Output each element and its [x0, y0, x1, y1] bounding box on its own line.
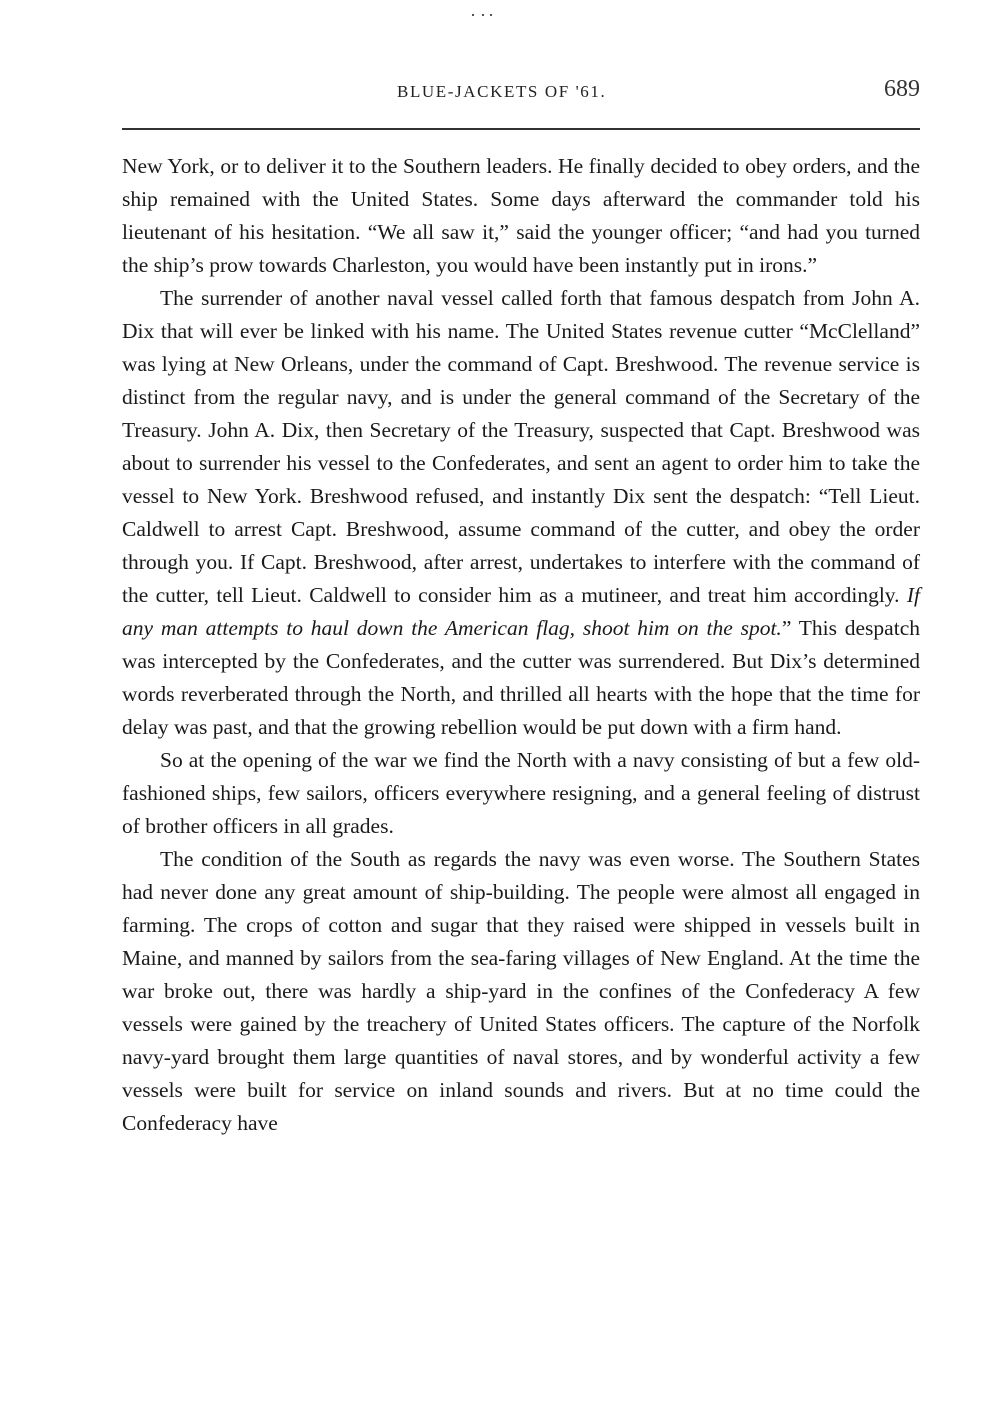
paragraph-text: So at the opening of the war we find the…: [122, 748, 920, 838]
scan-artifact-dots: [470, 14, 500, 18]
paragraph: So at the opening of the war we find the…: [122, 744, 920, 843]
paragraph: New York, or to deliver it to the Southe…: [122, 150, 920, 282]
header-rule: [122, 128, 920, 130]
paragraph: The condition of the South as regards th…: [122, 843, 920, 1140]
page-header: BLUE-JACKETS OF '61. 689: [122, 76, 920, 116]
running-head: BLUE-JACKETS OF '61.: [397, 82, 606, 102]
paragraph-text: New York, or to deliver it to the Southe…: [122, 154, 920, 277]
page-number: 689: [884, 76, 920, 103]
body-text: New York, or to deliver it to the Southe…: [122, 150, 920, 1140]
paragraph-text: The surrender of another naval vessel ca…: [122, 286, 920, 607]
paragraph-text: The condition of the South as regards th…: [122, 847, 920, 1135]
paragraph: The surrender of another naval vessel ca…: [122, 282, 920, 744]
